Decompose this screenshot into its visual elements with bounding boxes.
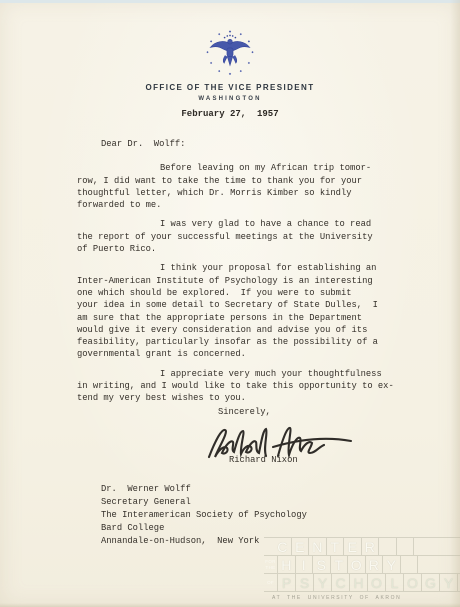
letter-line: I think your proposal for establishing a…	[77, 262, 407, 274]
letter-line: row, I did want to take the time to than…	[77, 175, 407, 187]
scanned-letter: OFFICE OF THE VICE PRESIDENT WASHINGTON …	[0, 0, 460, 607]
paragraph: I was very glad to have a chance to read…	[77, 218, 407, 255]
letterhead-city: WASHINGTON	[0, 96, 460, 102]
watermark-letter: Y	[314, 574, 332, 591]
paragraph: I appreciate very much your thoughtfulne…	[77, 368, 407, 405]
watermark-letter: P	[278, 574, 296, 591]
closing: Sincerely,	[218, 407, 271, 417]
watermark-letter: C	[274, 538, 292, 555]
watermark-letter: R	[362, 538, 380, 555]
scan-edge-bottom	[0, 603, 460, 607]
watermark-prefix: FORTHE	[264, 556, 278, 573]
paragraphs: Before leaving on my African trip tomor-…	[77, 162, 407, 404]
letter-line: would give it every consideration and ad…	[77, 324, 407, 336]
paragraph: Before leaving on my African trip tomor-…	[77, 162, 407, 211]
address-line: Dr. Werner Wolff	[101, 483, 307, 496]
address-line: Secretary General	[101, 496, 307, 509]
letter-line: am sure that the appropriate persons in …	[77, 312, 407, 324]
archive-watermark: CENTER FORTHEHISTORY OFPSYCHOLOGY AT THE…	[264, 537, 460, 603]
letter-line: forwarded to me.	[77, 199, 407, 211]
letter-body: Dear Dr. Wolff: Before leaving on my Afr…	[77, 138, 407, 405]
letter-line: Before leaving on my African trip tomor-	[77, 162, 407, 174]
watermark-letter: R	[366, 556, 384, 573]
letterhead-office-title: OFFICE OF THE VICE PRESIDENT	[0, 83, 460, 92]
letter-line: governmental grant is concerned.	[77, 348, 407, 360]
watermark-line-center: CENTER	[264, 537, 460, 555]
watermark-letter: N	[309, 538, 327, 555]
letter-line: of Puerto Rico.	[77, 243, 407, 255]
letter-line: tend my very best wishes to you.	[77, 392, 407, 404]
watermark-letter: C	[332, 574, 350, 591]
paragraph: I think your proposal for establishing a…	[77, 262, 407, 360]
watermark-prefix: OF	[264, 574, 278, 591]
watermark-letter: I	[296, 556, 314, 573]
watermark-letter: S	[313, 556, 331, 573]
letter-date: February 27, 1957	[0, 109, 460, 119]
scan-edge-right	[450, 0, 460, 607]
watermark-empty-cell	[397, 538, 415, 555]
typed-signature-name: Richard Nixon	[229, 455, 298, 465]
watermark-letter: O	[368, 574, 386, 591]
letter-line: Inter-American Institute of Psychology i…	[77, 275, 407, 287]
letter-line: feasibility, particularly insofar as the…	[77, 336, 407, 348]
letter-line: I was very glad to have a chance to read	[77, 218, 407, 230]
address-line: The Interamerican Society of Psychology	[101, 509, 307, 522]
watermark-letter: H	[350, 574, 368, 591]
watermark-letter: E	[344, 538, 362, 555]
watermark-empty-cell	[379, 538, 397, 555]
watermark-line-history: FORTHEHISTORY	[264, 555, 460, 573]
vice-president-eagle-seal-icon	[203, 25, 257, 79]
watermark-letter: O	[404, 574, 422, 591]
watermark-letter: L	[386, 574, 404, 591]
watermark-letter: T	[331, 556, 349, 573]
watermark-letter: Y	[383, 556, 401, 573]
watermark-letter: G	[422, 574, 440, 591]
letter-line: I appreciate very much your thoughtfulne…	[77, 368, 407, 380]
salutation: Dear Dr. Wolff:	[77, 138, 407, 150]
watermark-letter: T	[327, 538, 345, 555]
letter-line: one which should be explored. If you wer…	[77, 287, 407, 299]
watermark-letter: O	[348, 556, 366, 573]
address-line: Bard College	[101, 522, 307, 535]
letter-line: your idea in some detail to Secretary of…	[77, 299, 407, 311]
letter-line: thoughtful letter, which Dr. Morris Kimb…	[77, 187, 407, 199]
scan-edge-top	[0, 0, 460, 3]
watermark-empty-cell	[401, 556, 419, 573]
watermark-letter: S	[296, 574, 314, 591]
letter-line: in writing, and I would like to take thi…	[77, 380, 407, 392]
watermark-footer: AT THE UNIVERSITY OF AKRON	[264, 591, 460, 603]
watermark-line-psychology: OFPSYCHOLOGY	[264, 573, 460, 591]
letter-line: the report of your successful meetings a…	[77, 231, 407, 243]
watermark-letter: H	[278, 556, 296, 573]
watermark-letter: E	[292, 538, 310, 555]
